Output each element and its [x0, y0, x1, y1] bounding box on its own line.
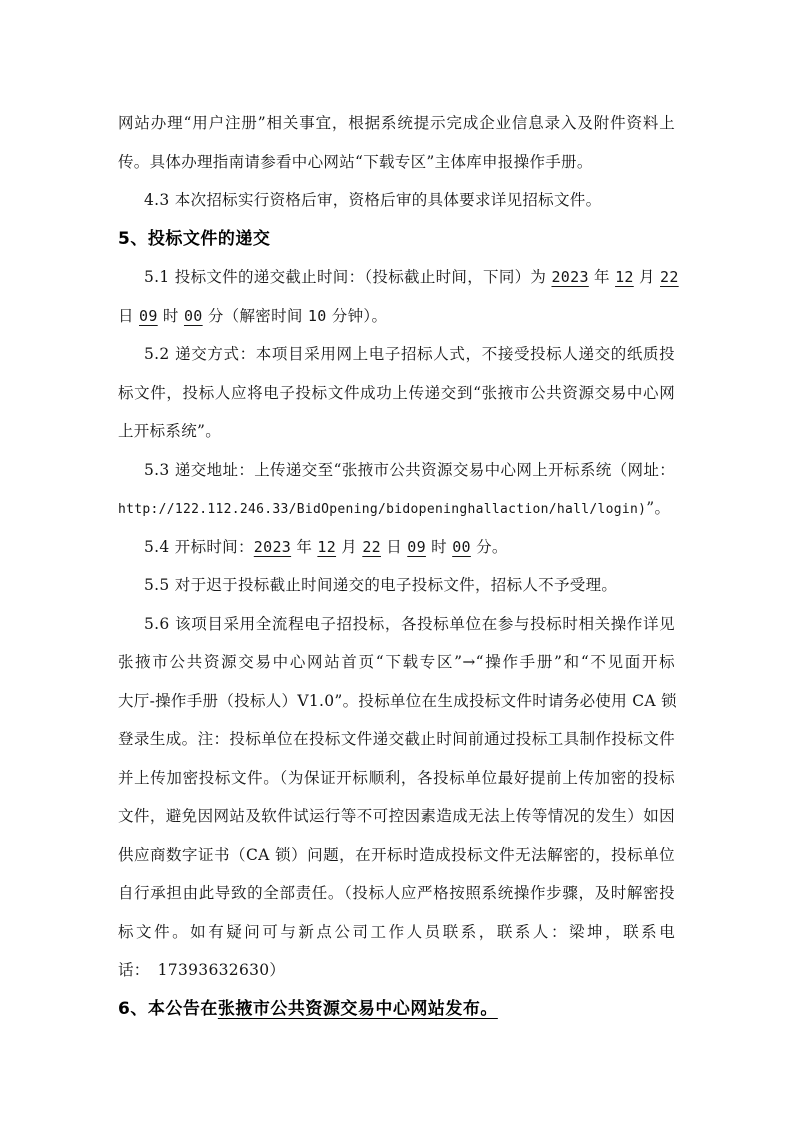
para-user-registration: 网站办理“用户注册”相关事宜，根据系统提示完成企业信息录入及附件资料上传。具体办… — [118, 104, 675, 181]
text-segment: 分钟）。 — [327, 307, 388, 325]
text-line: 5.4 开标时间：2023 年 12 月 22 日 09 时 00 分。 — [118, 528, 675, 567]
page-background: { "page": { "background_color": "#ffffff… — [0, 0, 793, 1122]
text-line: 5.6 该项目采用全流程电子招投标，各投标单位在参与投标时相关操作详见 — [118, 605, 675, 644]
para-5-1: 5.1 投标文件的递交截止时间：（投标截止时间，下同）为 2023 年 12 月… — [118, 258, 675, 335]
text-segment: 标文件。如有疑问可与新点公司工作人员联系，联系人：梁坤，联系电 — [118, 923, 675, 941]
text-segment: 10 — [308, 307, 327, 325]
text-line: 5.2 递交方式：本项目采用网上电子招标人式，不接受投标人递交的纸质投 — [118, 335, 675, 374]
text-segment: ”。 — [646, 499, 670, 517]
text-segment: 并上传加密投标文件。（为保证开标顺利，各投标单位最好提前上传加密的投标 — [118, 769, 675, 787]
underlined-text: 12 — [615, 268, 634, 286]
text-line: 张掖市公共资源交易中心网站首页“下载专区”→“操作手册”和“不见面开标 — [118, 643, 675, 682]
text-segment: 自行承担由此导致的全部责任。（投标人应严格按照系统操作步骤，及时解密投 — [118, 884, 675, 902]
text-segment: 供应商数字证书（CA 锁）问题，在开标时造成投标文件无法解密的，投标单位 — [118, 846, 675, 864]
text-line: 标文件。如有疑问可与新点公司工作人员联系，联系人：梁坤，联系电 — [118, 913, 675, 952]
text-line: 自行承担由此导致的全部责任。（投标人应严格按照系统操作步骤，及时解密投 — [118, 874, 675, 913]
para-5-6: 5.6 该项目采用全流程电子招投标，各投标单位在参与投标时相关操作详见张掖市公共… — [118, 605, 675, 990]
text-segment: 6、本公告在 — [118, 999, 218, 1019]
underlined-text: 00 — [452, 538, 471, 556]
text-line: 6、本公告在张掖市公共资源交易中心网站发布。 — [118, 990, 675, 1029]
text-line: 5.3 递交地址：上传递交至“张掖市公共资源交易中心网上开标系统（网址： — [118, 451, 675, 490]
text-line: 传。具体办理指南请参看中心网站“下载专区”主体库申报操作手册。 — [118, 143, 675, 182]
text-line: 文件，避免因网站及软件试运行等不可控因素造成无法上传等情况的发生）如因 — [118, 797, 675, 836]
text-line: 标文件，投标人应将电子投标文件成功上传递交到“张掖市公共资源交易中心网 — [118, 374, 675, 413]
text-line: 日 09 时 00 分（解密时间 10 分钟）。 — [118, 297, 675, 336]
text-segment: 年 — [291, 538, 317, 556]
text-line: 5.1 投标文件的递交截止时间：（投标截止时间，下同）为 2023 年 12 月… — [118, 258, 675, 297]
underlined-text: 00 — [184, 307, 203, 325]
text-line: 网站办理“用户注册”相关事宜，根据系统提示完成企业信息录入及附件资料上 — [118, 104, 675, 143]
text-line: 登录生成。注：投标单位在投标文件递交截止时间前通过投标工具制作投标文件 — [118, 720, 675, 759]
text-segment: 4.3 本次招标实行资格后审，资格后审的具体要求详见招标文件。 — [144, 191, 601, 209]
text-line: 大厅-操作手册（投标人）V1.0”。投标单位在生成投标文件时请务必使用 CA 锁 — [118, 682, 675, 721]
underlined-text: 09 — [407, 538, 426, 556]
text-line: 上开标系统”。 — [118, 412, 675, 451]
text-segment: 话： 17393632630） — [118, 961, 285, 979]
text-segment: 分（解密时间 — [203, 307, 308, 325]
text-segment: 时 — [158, 307, 184, 325]
heading-6: 6、本公告在张掖市公共资源交易中心网站发布。 — [118, 990, 675, 1029]
text-segment: 张掖市公共资源交易中心网站首页“下载专区”→“操作手册”和“不见面开标 — [118, 653, 675, 671]
text-segment: 传。具体办理指南请参看中心网站“下载专区”主体库申报操作手册。 — [118, 153, 593, 171]
underlined-text: 12 — [317, 538, 336, 556]
para-5-4: 5.4 开标时间：2023 年 12 月 22 日 09 时 00 分。 — [118, 528, 675, 567]
text-segment: 文件，避免因网站及软件试运行等不可控因素造成无法上传等情况的发生）如因 — [118, 807, 675, 825]
underlined-text: 22 — [660, 268, 679, 286]
text-segment: 日 — [118, 307, 139, 325]
heading-5: 5、投标文件的递交 — [118, 220, 675, 259]
text-line: http://122.112.246.33/BidOpening/bidopen… — [118, 489, 675, 528]
underlined-text: 22 — [362, 538, 381, 556]
text-segment: 标文件，投标人应将电子投标文件成功上传递交到“张掖市公共资源交易中心网 — [118, 384, 675, 402]
text-line: 并上传加密投标文件。（为保证开标顺利，各投标单位最好提前上传加密的投标 — [118, 759, 675, 798]
text-segment: 5.4 开标时间： — [144, 538, 254, 556]
para-5-3: 5.3 递交地址：上传递交至“张掖市公共资源交易中心网上开标系统（网址：http… — [118, 451, 675, 528]
underlined-text: 张掖市公共资源交易中心网站发布。 — [218, 999, 498, 1019]
text-segment: 5.2 递交方式：本项目采用网上电子招标人式，不接受投标人递交的纸质投 — [144, 345, 675, 363]
underlined-text: 2023 — [551, 268, 588, 286]
url-text: http://122.112.246.33/BidOpening/bidopen… — [118, 502, 646, 517]
text-segment: 5.3 递交地址：上传递交至“张掖市公共资源交易中心网上开标系统（网址： — [144, 461, 675, 479]
text-line: 话： 17393632630） — [118, 951, 675, 990]
text-segment: 时 — [426, 538, 452, 556]
text-segment: 登录生成。注：投标单位在投标文件递交截止时间前通过投标工具制作投标文件 — [118, 730, 675, 748]
text-segment: 5.1 投标文件的递交截止时间：（投标截止时间，下同）为 — [144, 268, 551, 286]
text-line: 4.3 本次招标实行资格后审，资格后审的具体要求详见招标文件。 — [118, 181, 675, 220]
text-line: 5.5 对于迟于投标截止时间递交的电子投标文件，招标人不予受理。 — [118, 566, 675, 605]
text-segment: 分。 — [471, 538, 508, 556]
text-segment: 大厅-操作手册（投标人）V1.0”。投标单位在生成投标文件时请务必使用 CA 锁 — [118, 692, 677, 710]
text-segment: 5.6 该项目采用全流程电子招投标，各投标单位在参与投标时相关操作详见 — [144, 615, 675, 633]
text-segment: 上开标系统”。 — [118, 422, 221, 440]
text-segment: 月 — [634, 268, 660, 286]
text-segment: 年 — [589, 268, 615, 286]
para-5-5: 5.5 对于迟于投标截止时间递交的电子投标文件，招标人不予受理。 — [118, 566, 675, 605]
text-line: 5、投标文件的递交 — [118, 220, 675, 259]
text-segment: 日 — [381, 538, 407, 556]
text-segment: 5.5 对于迟于投标截止时间递交的电子投标文件，招标人不予受理。 — [144, 576, 617, 594]
para-5-2: 5.2 递交方式：本项目采用网上电子招标人式，不接受投标人递交的纸质投标文件，投… — [118, 335, 675, 451]
text-segment: 网站办理“用户注册”相关事宜，根据系统提示完成企业信息录入及附件资料上 — [118, 114, 675, 132]
underlined-text: 09 — [139, 307, 158, 325]
document-page: 网站办理“用户注册”相关事宜，根据系统提示完成企业信息录入及附件资料上传。具体办… — [0, 0, 793, 1122]
text-line: 供应商数字证书（CA 锁）问题，在开标时造成投标文件无法解密的，投标单位 — [118, 836, 675, 875]
text-segment: 5、投标文件的递交 — [118, 229, 270, 249]
text-segment: 月 — [336, 538, 362, 556]
para-4-3: 4.3 本次招标实行资格后审，资格后审的具体要求详见招标文件。 — [118, 181, 675, 220]
underlined-text: 2023 — [254, 538, 291, 556]
